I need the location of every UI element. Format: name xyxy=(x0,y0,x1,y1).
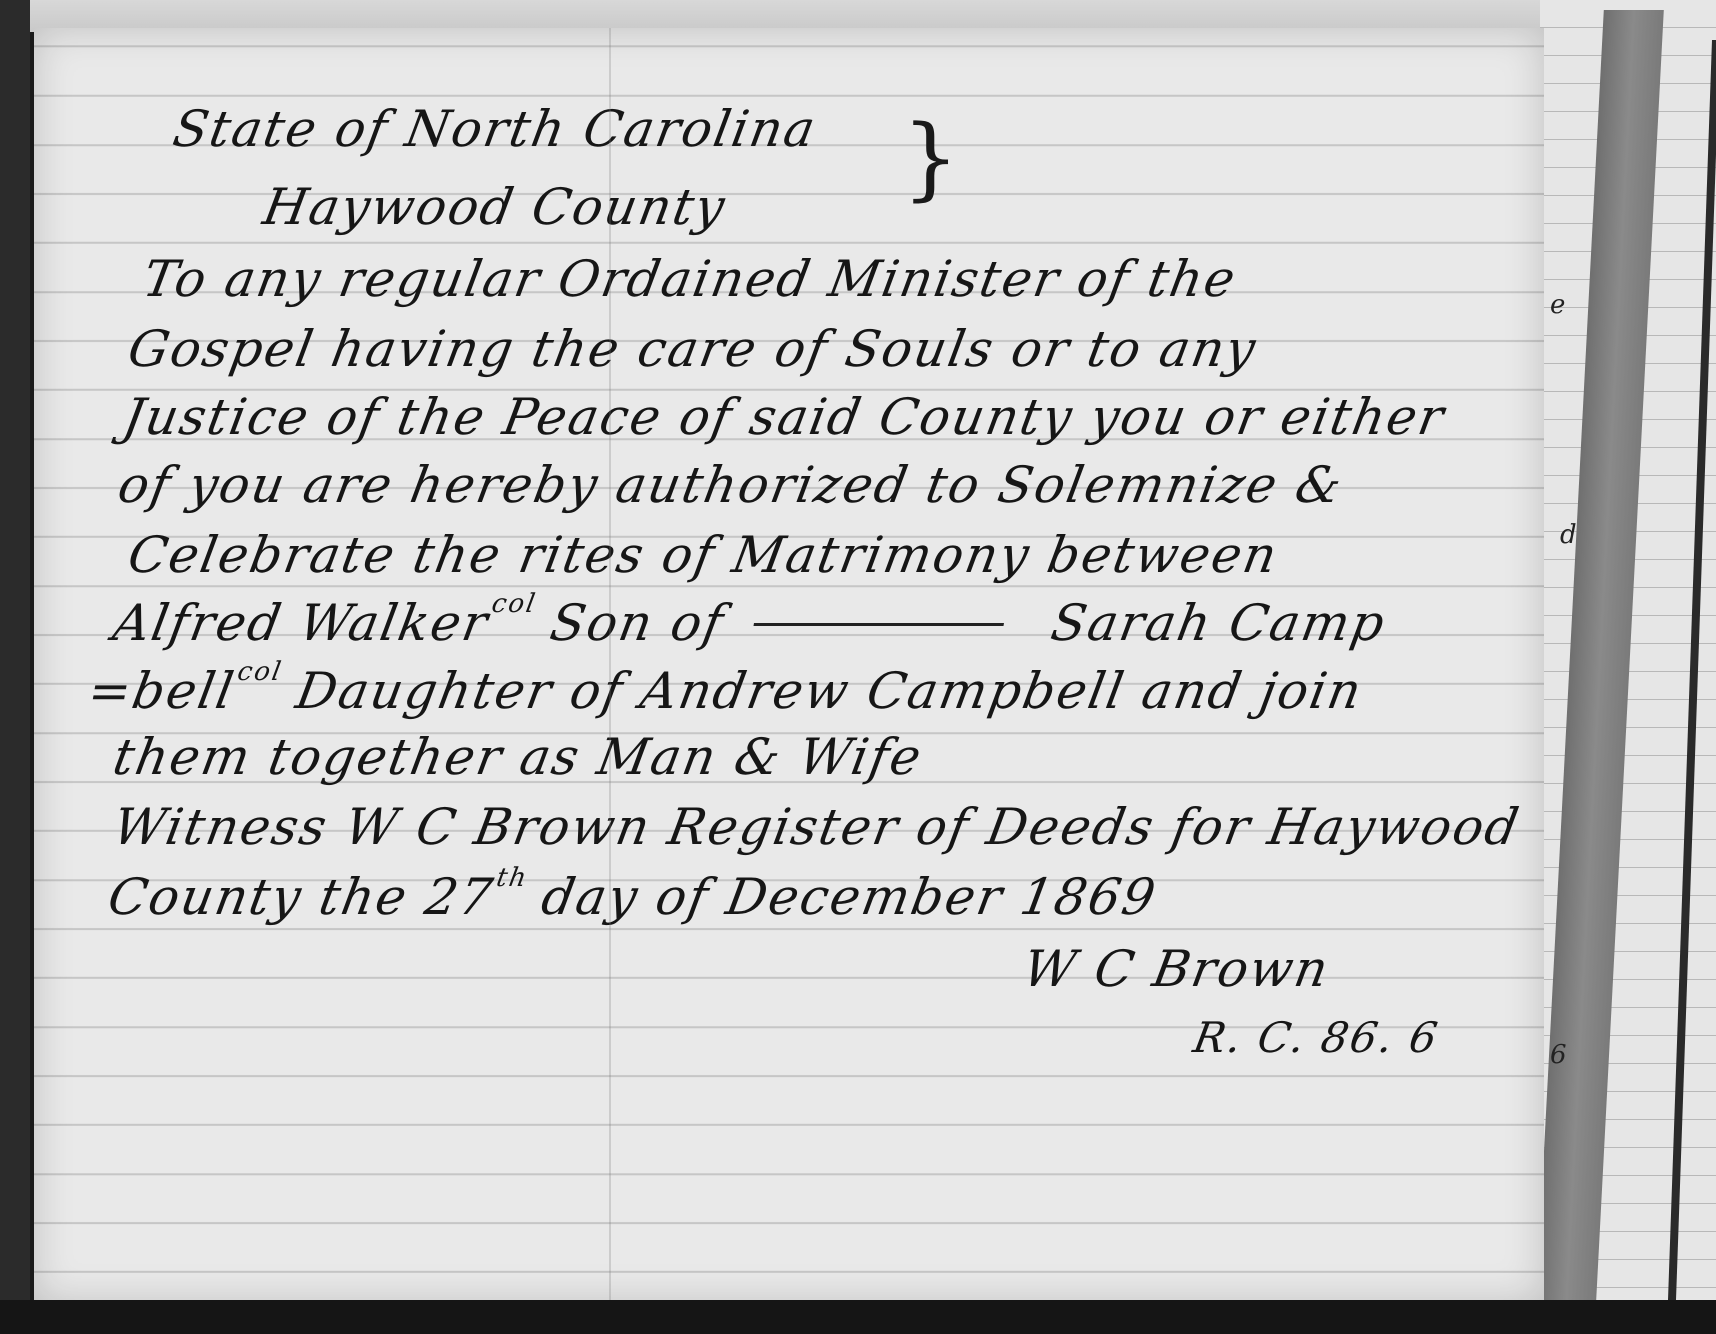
under-mark: d xyxy=(1560,520,1577,550)
date-rest: day of December 1869 xyxy=(537,868,1161,926)
groom-annotation: col xyxy=(489,589,539,619)
groom-line: Alfred Walkercol Son of Sarah Camp xyxy=(109,594,1391,652)
body-line-2: Gospel having the care of Souls or to an… xyxy=(124,320,1262,378)
header-brace: } xyxy=(902,106,959,211)
date-prefix: County the xyxy=(104,868,413,926)
page-fold-line xyxy=(1668,40,1716,1300)
body-line-4: of you are hereby authorized to Solemniz… xyxy=(114,456,1348,514)
bride-name-part1: Sarah Camp xyxy=(1047,594,1391,652)
page-shadow-strip xyxy=(1536,10,1664,1300)
date-line: County the 27th day of December 1869 xyxy=(104,868,1162,926)
bride-relation: Daughter of Andrew Campbell and join xyxy=(292,662,1368,720)
scan-bottom-edge xyxy=(0,1300,1716,1334)
header-state: State of North Carolina xyxy=(169,100,821,158)
body-line-1: To any regular Ordained Minister of the xyxy=(139,250,1241,308)
scan-left-edge xyxy=(0,0,30,1334)
bride-annotation: col xyxy=(235,657,285,687)
groom-name: Alfred Walker xyxy=(109,594,494,652)
under-mark: 6 xyxy=(1550,1040,1567,1070)
record-reference: R. C. 86. 6 xyxy=(1190,1013,1443,1062)
bride-name-part2: =bell xyxy=(84,662,240,720)
date-day-suffix: th xyxy=(494,863,530,893)
body-line-3: Justice of the Peace of said County you … xyxy=(119,388,1450,446)
bride-line: =bellcol Daughter of Andrew Campbell and… xyxy=(84,662,1368,720)
marriage-license-page: State of North Carolina } Haywood County… xyxy=(34,28,1544,1303)
signature: W C Brown xyxy=(1019,940,1334,998)
underlying-ledger-page: e d 6 xyxy=(1540,0,1716,1334)
groom-relation: Son of xyxy=(546,594,729,652)
body-line-5: Celebrate the rites of Matrimony between xyxy=(124,526,1283,584)
witness-line: Witness W C Brown Register of Deeds for … xyxy=(109,798,1525,856)
blank-parent-field xyxy=(754,623,1005,626)
header-county: Haywood County xyxy=(259,178,731,236)
under-mark: e xyxy=(1550,290,1565,320)
closing-line: them together as Man & Wife xyxy=(109,728,927,786)
date-day: 27 xyxy=(421,868,499,926)
